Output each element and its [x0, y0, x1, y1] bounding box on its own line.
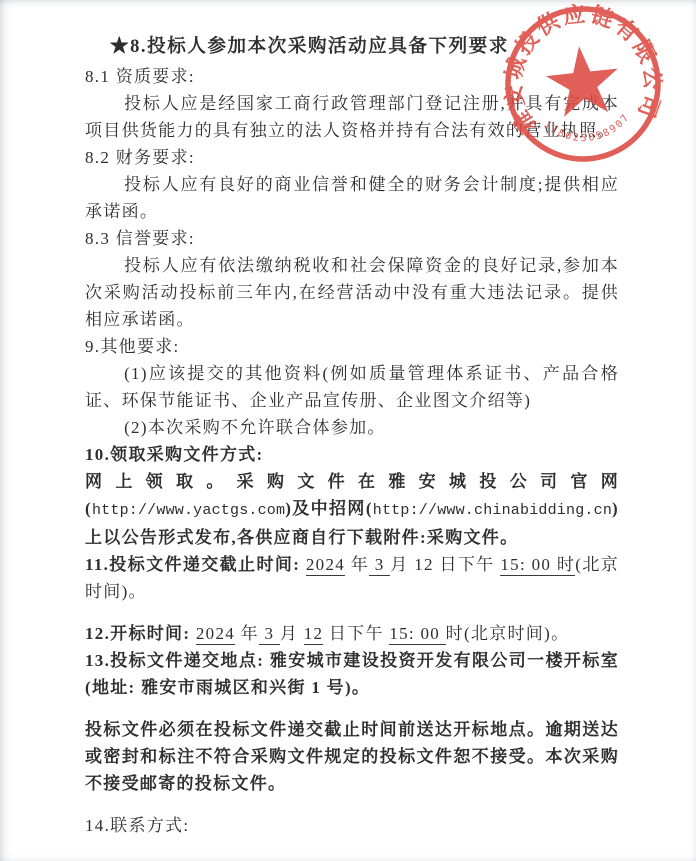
para-10-body: 网上领取。采购文件在雅安城投公司官网(http://www.yactgs.com… — [85, 468, 619, 551]
item-12-bid-opening: 12.开标时间: 2024 年 3 月 12 日下午 15: 00 时(北京时间… — [85, 620, 619, 647]
subheading-8-1: 8.1 资质要求: — [85, 63, 619, 90]
text-segment: 投标人应有依法缴纳税收和社会保障资金的良好记录,参加本次采购活动投标前三年内,在… — [85, 256, 619, 329]
subheading-8-3: 8.3 信誉要求: — [85, 225, 619, 252]
text-segment: 投标人应有良好的商业信誉和健全的财务会计制度;提供相应承诺函。 — [85, 175, 619, 221]
url-text: http://www.chinabidding.cn — [373, 502, 612, 519]
text-segment: 12 — [304, 624, 324, 645]
para-8-3-body: 投标人应有依法缴纳税收和社会保障资金的良好记录,参加本次采购活动投标前三年内,在… — [85, 252, 619, 333]
text-segment: 13.投标文件递交地点: 雅安城市建设投资开发有限公司一楼开标室(地址: 雅安市… — [85, 651, 619, 697]
text-segment: 2024 — [196, 624, 235, 645]
text-segment: 日下午 — [323, 624, 389, 643]
text-segment: 15: 00 时 — [500, 555, 575, 576]
text-segment: (1)应该提交的其他资料(例如质量管理体系证书、产品合格证、环保节能证书、企业产… — [85, 364, 619, 410]
text-segment: 8.2 财务要求: — [85, 148, 195, 167]
subheading-10: 10.领取采购文件方式: — [85, 441, 619, 468]
text-segment: 时(北京时间)。 — [446, 624, 570, 643]
para-warning: 投标文件必须在投标文件递交截止时间前送达开标地点。逾期送达或密封和标注不符合采购… — [85, 716, 619, 797]
subheading-8-2: 8.2 财务要求: — [85, 144, 619, 171]
text-segment: 8.1 资质要求: — [85, 67, 195, 86]
scanned-document-page: ★8.投标人参加本次采购活动应具备下列要求8.1 资质要求:投标人应是经国家工商… — [0, 0, 696, 861]
document-body: ★8.投标人参加本次采购活动应具备下列要求8.1 资质要求:投标人应是经国家工商… — [85, 34, 619, 839]
url-text: http://www.yactgs.com — [92, 502, 285, 519]
text-segment: 3 — [369, 555, 390, 576]
text-segment: 投标文件必须在投标文件递交截止时间前送达开标地点。逾期送达或密封和标注不符合采购… — [85, 720, 619, 793]
text-segment: 3 — [259, 624, 280, 645]
text-segment: 8.3 信誉要求: — [85, 229, 195, 248]
item-13-location: 13.投标文件递交地点: 雅安城市建设投资开发有限公司一楼开标室(地址: 雅安市… — [85, 647, 619, 701]
text-segment: 14.联系方式: — [85, 816, 189, 835]
para-9-item-2: (2)本次采购不允许联合体参加。 — [85, 414, 619, 441]
heading-item-8: ★8.投标人参加本次采购活动应具备下列要求 — [85, 34, 619, 61]
text-segment: 月 — [280, 624, 304, 643]
para-9-item-1: (1)应该提交的其他资料(例如质量管理体系证书、产品合格证、环保节能证书、企业产… — [85, 360, 619, 414]
text-segment: 月 12 日下午 — [390, 555, 500, 574]
text-segment: 2024 — [306, 555, 345, 576]
text-segment: )及中招网( — [285, 499, 373, 518]
subheading-9: 9.其他要求: — [85, 333, 619, 360]
para-8-1-body: 投标人应是经国家工商行政管理部门登记注册,并具有完成本项目供货能力的具有独立的法… — [85, 90, 619, 144]
item-11-deadline: 11.投标文件递交截止时间: 2024 年 3 月 12 日下午 15: 00 … — [85, 551, 619, 605]
text-segment: (2)本次采购不允许联合体参加。 — [124, 418, 386, 437]
text-segment: 投标人应是经国家工商行政管理部门登记注册,并具有完成本项目供货能力的具有独立的法… — [85, 94, 619, 140]
text-segment: ★8.投标人参加本次采购活动应具备下列要求 — [110, 37, 509, 57]
text-segment: 12.开标时间: — [85, 624, 196, 643]
text-segment: 15: 00 — [389, 624, 445, 645]
para-8-2-body: 投标人应有良好的商业信誉和健全的财务会计制度;提供相应承诺函。 — [85, 171, 619, 225]
text-segment: 年 — [235, 624, 259, 643]
text-segment: 11.投标文件递交截止时间: — [85, 555, 306, 574]
subheading-14: 14.联系方式: — [85, 812, 619, 839]
text-segment: 10.领取采购文件方式: — [85, 445, 264, 464]
text-segment: 年 — [345, 555, 369, 574]
text-segment: 9.其他要求: — [85, 337, 180, 356]
